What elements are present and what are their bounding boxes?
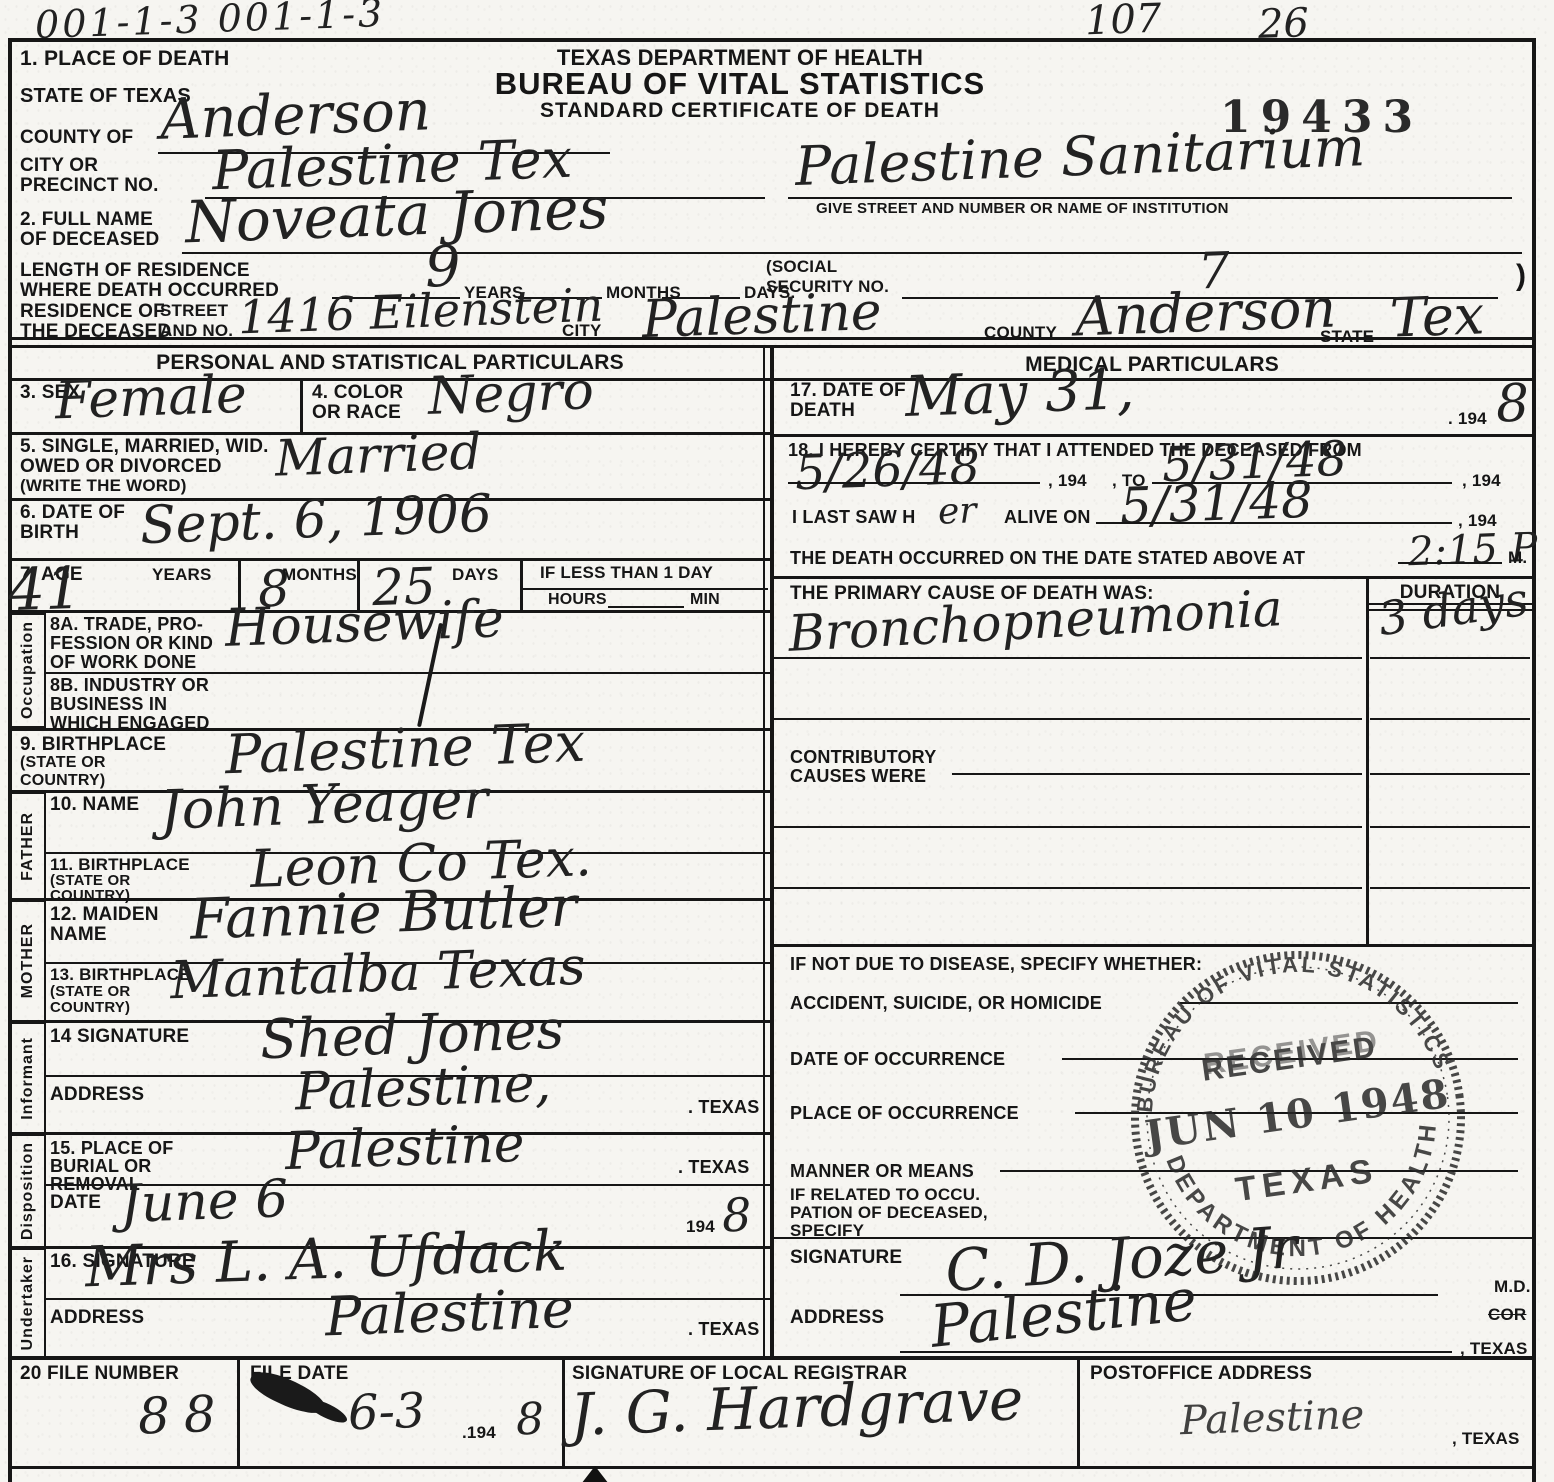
race-label-line1: 4. COLOR: [312, 383, 403, 403]
physician-signature-label: SIGNATURE: [790, 1248, 902, 1268]
residence-length-label1: LENGTH OF RESIDENCE: [20, 261, 250, 281]
file-date-year-handwritten: 8: [515, 1398, 545, 1443]
header-certificate-title: STANDARD CERTIFICATE OF DEATH: [460, 100, 1020, 122]
stamp-date-text: JUN 10 1948: [1139, 1070, 1453, 1160]
age-days-label: DAYS: [452, 566, 498, 584]
accident-label: ACCIDENT, SUICIDE, OR HOMICIDE: [790, 994, 1102, 1013]
county-label: COUNTY OF: [20, 128, 133, 148]
father-name-label: 10. NAME: [50, 795, 139, 815]
marital-label-line2: OWED OR DIVORCED: [20, 457, 222, 477]
residence-county-value: Anderson: [1074, 281, 1337, 344]
file-number-value: 88: [137, 1388, 230, 1441]
informant-address-suffix: . TEXAS: [688, 1098, 759, 1117]
file-number-label: 20 FILE NUMBER: [20, 1364, 179, 1384]
burial-date-label: DATE: [50, 1193, 101, 1213]
marital-value: Married: [274, 426, 482, 483]
blank-line-1-duration: [1370, 718, 1530, 720]
age-divider-3: [520, 558, 523, 610]
sex-value: Female: [54, 369, 247, 428]
hours-fill-line: [608, 606, 684, 608]
med-row-line-17: [770, 434, 1534, 437]
sex-race-divider: [300, 378, 303, 432]
street-value: 1416 Eilenstein: [237, 282, 604, 341]
medical-section-header: MEDICAL PARTICULARS: [780, 354, 1524, 376]
race-label-line2: OR RACE: [312, 403, 401, 423]
undertaker-address-label: ADDRESS: [50, 1308, 144, 1328]
marital-label-line1: 5. SINGLE, MARRIED, WID.: [20, 437, 269, 457]
place-of-occurrence-label: PLACE OF OCCURRENCE: [790, 1104, 1019, 1123]
manner-or-means-label: MANNER OR MEANS: [790, 1162, 974, 1181]
death-occurred-label: THE DEATH OCCURRED ON THE DATE STATED AB…: [790, 549, 1305, 568]
disposition-side-strip: Disposition: [10, 1134, 46, 1248]
city-label-line2: PRECINCT NO.: [20, 176, 159, 196]
burial-value: Palestine: [284, 1118, 525, 1178]
postoffice-value: Palestine: [1179, 1395, 1365, 1441]
bottom-ink-arrow-mark: [578, 1466, 612, 1482]
undertaker-side-strip: Undertaker: [10, 1248, 46, 1358]
burial-suffix: . TEXAS: [678, 1158, 749, 1177]
disposition-side-label: Disposition: [19, 1142, 37, 1240]
column-divider: [770, 345, 774, 1356]
burial-year-handwritten: 8: [721, 1192, 752, 1239]
industry-label-line1: 8B. INDUSTRY OR: [50, 676, 209, 695]
mother-side-strip: MOTHER: [10, 900, 46, 1022]
cor-label-struck: COR: [1488, 1306, 1526, 1324]
trade-label-line3: OF WORK DONE: [50, 653, 196, 672]
attended-from-value: 5/26/48: [794, 443, 981, 497]
mother-bp-label-line3: COUNTRY): [50, 1000, 130, 1016]
place-of-death-label: 1. PLACE OF DEATH: [20, 48, 230, 70]
blank-line-2-duration: [1370, 826, 1530, 828]
top-right-annotation-1: 107: [1084, 0, 1162, 41]
maiden-label-line1: 12. MAIDEN: [50, 905, 159, 925]
age-years-label: YEARS: [152, 566, 212, 584]
institution-caption: GIVE STREET AND NUMBER OR NAME OF INSTIT…: [816, 201, 1229, 217]
blank-line-3: [774, 887, 1362, 889]
last-saw-label-1: I LAST SAW H: [792, 508, 915, 527]
bottom-divider-1: [237, 1356, 240, 1466]
street-label-line1: STREET: [160, 302, 228, 320]
informant-signature-label: 14 SIGNATURE: [50, 1027, 189, 1047]
contributory-fill-line-duration: [1370, 773, 1530, 775]
institution-fill-line: [788, 197, 1512, 199]
less-than-day-box-line: [520, 588, 768, 590]
undertaker-address-value: Palestine: [324, 1282, 574, 1345]
last-saw-fill-line: [1096, 522, 1452, 524]
row-line-8a: [44, 672, 770, 674]
fullname-label-line2: OF DECEASED: [20, 230, 159, 250]
dob-value: Sept. 6, 1906: [139, 488, 493, 552]
father-bp-label-line3: COUNTRY): [50, 888, 130, 904]
time-m-label: M.: [1508, 549, 1527, 567]
attended-to-year: , 194: [1462, 472, 1501, 490]
occupation-side-label: Occupation: [19, 621, 37, 719]
file-date-year-printed: .194: [462, 1424, 496, 1442]
marital-label-line3: (WRITE THE WORD): [20, 477, 187, 495]
city-label-line1: CITY OR: [20, 156, 98, 176]
informant-address-value: Palestine,: [294, 1058, 552, 1119]
contributory-label-line1: CONTRIBUTORY: [790, 748, 936, 767]
death-certificate-scan: 001-1-3 001-1-3 107 26 TEXAS DEPARTMENT …: [0, 0, 1554, 1482]
related-occupation-label-line1: IF RELATED TO OCCU.: [790, 1186, 980, 1204]
cause-fill-line: [774, 657, 1362, 659]
burial-year-printed: 194: [686, 1218, 715, 1236]
file-date-value: 6-3: [347, 1387, 426, 1438]
age-months-label: MONTHS: [282, 566, 357, 584]
ssn-label-line1: (SOCIAL: [766, 258, 837, 276]
received-stamp: DEPARTMENT OF HEALTH BUREAU OF VITAL STA…: [1104, 924, 1493, 1313]
undertaker-address-suffix: . TEXAS: [688, 1320, 759, 1339]
dod-year-printed: . 194: [1448, 410, 1487, 428]
dod-year-handwritten: 8: [1495, 377, 1530, 430]
dob-label-line1: 6. DATE OF: [20, 503, 125, 523]
column-divider-inner: [763, 345, 765, 1356]
registrar-signature-value: J. G. Hardgrave: [569, 1370, 1024, 1444]
attended-from-fill-line: [788, 482, 1040, 484]
header-bureau: BUREAU OF VITAL STATISTICS: [430, 68, 1050, 101]
maiden-label-line2: NAME: [50, 925, 107, 945]
bottom-divider-3: [1077, 1356, 1080, 1466]
birthplace-label-line1: 9. BIRTHPLACE: [20, 735, 166, 755]
md-label: M.D.: [1494, 1278, 1531, 1296]
postoffice-label: POSTOFFICE ADDRESS: [1090, 1364, 1312, 1384]
blank-line-3-duration: [1370, 887, 1530, 889]
father-side-strip: FATHER: [10, 792, 46, 900]
birthplace-label-line2: (STATE OR: [20, 755, 106, 772]
dob-label-line2: BIRTH: [20, 523, 79, 543]
burial-date-value: June 6: [119, 1173, 289, 1231]
date-of-occurrence-label: DATE OF OCCURRENCE: [790, 1050, 1005, 1069]
mother-side-label: MOTHER: [19, 923, 37, 998]
med-row-line-18: [770, 576, 1534, 579]
institution-value: Palestine Sanitarium: [794, 120, 1366, 194]
last-saw-label-2: ALIVE ON: [1004, 508, 1091, 527]
contributory-label-line2: CAUSES WERE: [790, 767, 926, 786]
trade-label-line1: 8A. TRADE, PRO-: [50, 615, 203, 634]
postoffice-suffix: , TEXAS: [1452, 1430, 1520, 1448]
stamp-texas-text: TEXAS: [1233, 1152, 1380, 1210]
duration-box-left-border: [1366, 576, 1369, 944]
physician-address-label: ADDRESS: [790, 1308, 884, 1328]
less-than-day-label: IF LESS THAN 1 DAY: [540, 564, 713, 582]
death-time-fill-line: [1398, 562, 1502, 564]
min-label: MIN: [690, 592, 720, 609]
contributory-fill-line: [952, 773, 1362, 775]
fullname-label-line1: 2. FULL NAME: [20, 210, 153, 230]
mother-bp-label-line2: (STATE OR: [50, 984, 130, 1000]
father-name-value: John Yeager: [159, 772, 489, 837]
date-of-death-value: May 31,: [904, 362, 1135, 426]
bottom-divider-2: [562, 1356, 565, 1466]
fullname-value: Noveata Jones: [184, 179, 609, 252]
last-saw-her-handwritten: er: [937, 493, 977, 530]
blank-line-2: [774, 826, 1362, 828]
mother-bp-value: Mantalba Texas: [169, 941, 586, 1007]
physician-address-fill-line: [900, 1351, 1452, 1353]
border-right: [1532, 38, 1536, 1482]
blank-line-1: [774, 718, 1362, 720]
hours-label: HOURS: [548, 592, 607, 609]
date-of-death-label-line1: 17. DATE OF: [790, 381, 906, 401]
band-rule-top-1: [8, 337, 1536, 340]
industry-label-line2: BUSINESS IN: [50, 695, 167, 714]
date-of-death-label-line2: DEATH: [790, 401, 855, 421]
father-side-label: FATHER: [19, 812, 37, 881]
race-value: Negro: [427, 365, 594, 423]
birthplace-label-line3: COUNTRY): [20, 773, 105, 790]
ssn-close-paren: ): [1516, 260, 1526, 292]
informant-side-strip: Informant: [10, 1022, 46, 1134]
trade-label-line2: FESSION OR KIND: [50, 634, 213, 653]
trade-value: Housewife: [224, 593, 504, 655]
bottom-band-bottom-line: [8, 1466, 1536, 1469]
residence-label-line1: RESIDENCE OF: [20, 302, 165, 322]
informant-address-label: ADDRESS: [50, 1085, 144, 1105]
occupation-side-strip: Occupation: [10, 613, 46, 728]
cause-fill-line-duration: [1370, 657, 1530, 659]
informant-side-label: Informant: [19, 1037, 37, 1120]
undertaker-side-label: Undertaker: [19, 1256, 37, 1350]
fullname-fill-line: [182, 252, 1522, 254]
attended-from-year: , 194: [1048, 472, 1087, 490]
related-occupation-label-line2: PATION OF DECEASED,: [790, 1204, 988, 1222]
border-top: [8, 38, 1536, 42]
